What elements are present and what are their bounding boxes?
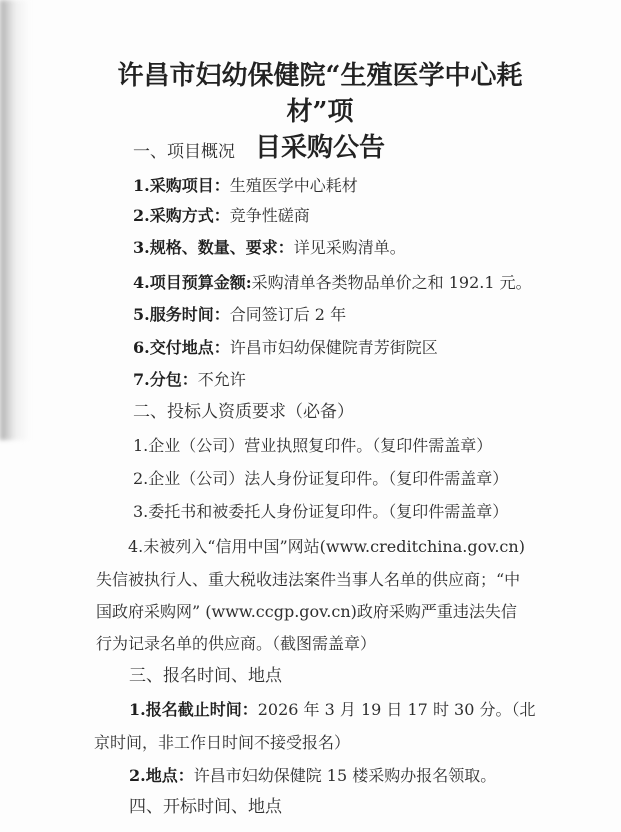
item-label: 5.服务时间： bbox=[133, 305, 230, 324]
section-3-heading: 三、报名时间、地点 bbox=[129, 666, 282, 686]
requirement-4-line-4: 行为记录名单的供应商。（截图需盖章） bbox=[96, 634, 376, 654]
item-value: 竞争性磋商 bbox=[230, 206, 310, 225]
item-label: 3.规格、数量、要求： bbox=[133, 238, 294, 257]
item-label: 7.分包： bbox=[133, 370, 198, 389]
requirement-2: 2.企业（公司）法人身份证复印件。（复印件需盖章） bbox=[133, 469, 508, 489]
deadline-value: 2026 年 3 月 19 日 17 时 30 分。（北 bbox=[258, 700, 536, 719]
item-specifications: 3.规格、数量、要求：详见采购清单。 bbox=[133, 238, 406, 258]
registration-location: 2.地点：许昌市妇幼保健院 15 楼采购办报名领取。 bbox=[129, 766, 496, 786]
requirement-4-line-3: 国政府采购网” (www.ccgp.gov.cn)政府采购严重违法失信 bbox=[96, 602, 517, 622]
location-value: 许昌市妇幼保健院 15 楼采购办报名领取。 bbox=[194, 766, 497, 785]
item-label: 4.项目预算金额: bbox=[133, 273, 252, 292]
page-edge-shadow bbox=[0, 0, 30, 440]
item-subcontract: 7.分包：不允许 bbox=[133, 370, 246, 390]
item-value: 详见采购清单。 bbox=[294, 238, 406, 257]
item-label: 6.交付地点： bbox=[133, 338, 230, 357]
deadline-label: 1.报名截止时间： bbox=[129, 700, 258, 719]
registration-deadline-cont: 京时间，非工作日时间不接受报名） bbox=[94, 733, 350, 753]
item-procurement-method: 2.采购方式：竞争性磋商 bbox=[133, 206, 310, 226]
item-label: 1.采购项目： bbox=[133, 176, 230, 195]
item-value: 生殖医学中心耗材 bbox=[230, 176, 358, 195]
section-2-heading: 二、投标人资质要求（必备） bbox=[133, 402, 354, 422]
item-label: 2.采购方式： bbox=[133, 206, 230, 225]
item-value: 采购清单各类物品单价之和 192.1 元。 bbox=[252, 273, 532, 292]
requirement-3: 3.委托书和被委托人身份证复印件。（复印件需盖章） bbox=[133, 502, 508, 522]
section-4-heading: 四、开标时间、地点 bbox=[129, 797, 282, 817]
item-value: 不允许 bbox=[198, 370, 246, 389]
item-budget: 4.项目预算金额:采购清单各类物品单价之和 192.1 元。 bbox=[133, 273, 532, 293]
location-label: 2.地点： bbox=[129, 766, 194, 785]
requirement-4-line-2: 失信被执行人、重大税收违法案件当事人名单的供应商；“中 bbox=[96, 570, 520, 590]
item-value: 合同签订后 2 年 bbox=[230, 305, 346, 324]
requirement-1: 1.企业（公司）营业执照复印件。（复印件需盖章） bbox=[133, 436, 492, 456]
title-line-1: 许昌市妇幼保健院“生殖医学中心耗材”项 bbox=[85, 58, 555, 130]
item-delivery-location: 6.交付地点：许昌市妇幼保健院青芳街院区 bbox=[133, 338, 438, 358]
item-procurement-project: 1.采购项目：生殖医学中心耗材 bbox=[133, 176, 358, 196]
item-service-time: 5.服务时间：合同签订后 2 年 bbox=[133, 305, 346, 325]
registration-deadline: 1.报名截止时间：2026 年 3 月 19 日 17 时 30 分。（北 bbox=[129, 700, 535, 720]
section-1-heading: 一、项目概况 bbox=[133, 142, 235, 162]
item-value: 许昌市妇幼保健院青芳街院区 bbox=[230, 338, 438, 357]
requirement-4-line-1: 4.未被列入“信用中国”网站(www.creditchina.gov.cn) bbox=[128, 537, 525, 557]
